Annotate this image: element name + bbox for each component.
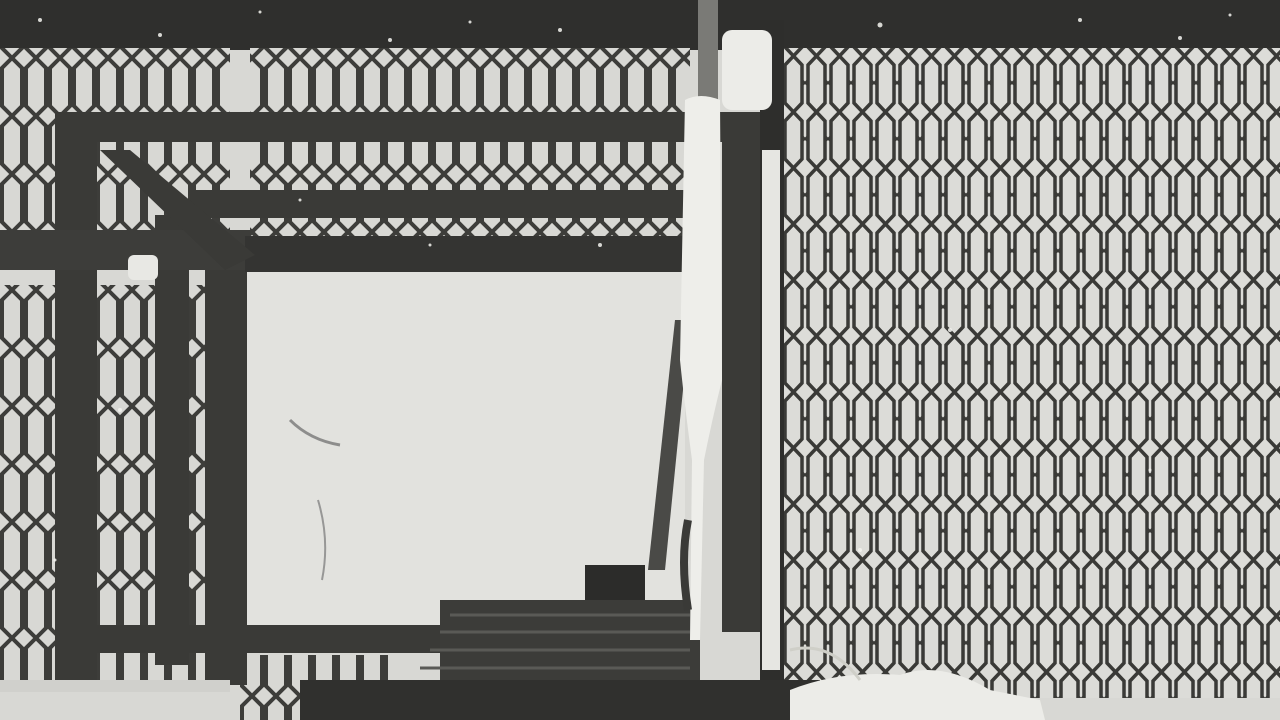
frame-inner-post xyxy=(155,215,189,665)
mesh-panel-right xyxy=(780,48,1280,698)
frame-mid-bar xyxy=(190,190,690,218)
snow-edge-right xyxy=(762,150,780,670)
hatch-base xyxy=(300,680,820,720)
photo-scene xyxy=(0,0,1280,720)
pipe-upper xyxy=(698,0,718,110)
frame-top-bar xyxy=(55,112,765,142)
frame-bottom-rail xyxy=(0,680,230,692)
pipe-clamp xyxy=(684,520,688,610)
top-band xyxy=(0,0,1280,50)
frame-opening-top xyxy=(245,236,685,272)
mesh-layer xyxy=(0,0,1280,720)
frame-opening-left xyxy=(205,255,247,685)
snow-patch-top xyxy=(722,30,772,110)
hatch-post xyxy=(585,565,645,605)
frame-left-post xyxy=(55,112,97,682)
snow-patch-left xyxy=(128,255,158,280)
